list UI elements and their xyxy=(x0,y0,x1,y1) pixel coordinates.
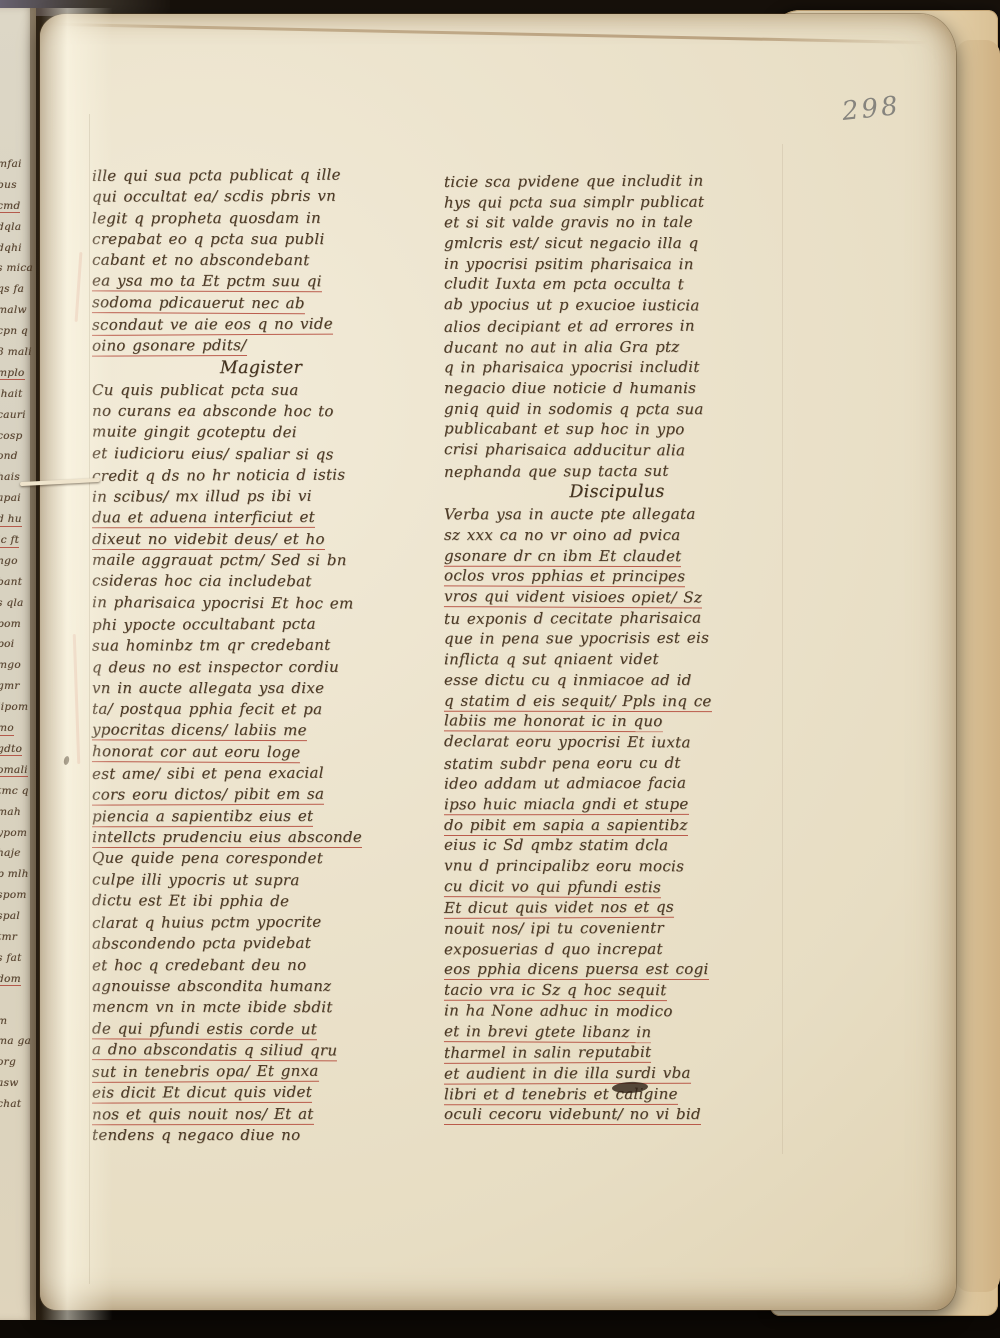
line-text: sut in tenebris opa/ Et gnxa xyxy=(92,1062,319,1083)
manuscript-line: ideo addam ut admiacoe facia xyxy=(444,774,790,796)
line-text: statim subdr pena eoru cu dt xyxy=(444,753,681,772)
fragment-text: s mica xyxy=(0,262,33,274)
fragment-text: ic ft xyxy=(0,534,19,548)
manuscript-line: sodoma pdicauerut nec ab xyxy=(92,293,430,316)
line-text: gsonare dr cn ibm Et claudet xyxy=(444,546,682,566)
fragment-text: lipom xyxy=(0,701,28,713)
manuscript-line: ab ypocius ut p exucioe iusticia xyxy=(444,295,790,317)
line-text: ticie sca pvidene que includit in xyxy=(444,172,704,191)
facing-page-text-fragment: lipom xyxy=(0,701,36,722)
line-text: nouit nos/ ipi tu covenientr xyxy=(444,919,664,938)
line-text: ille qui sua pcta publicat q ille xyxy=(92,166,341,185)
fragment-text: dom xyxy=(0,973,21,987)
manuscript-line: hys qui pcta sua simplr publicat xyxy=(444,192,790,214)
facing-page-text-fragment: omali xyxy=(0,764,36,785)
line-text: et hoc q credebant deu no xyxy=(92,956,306,974)
manuscript-line: Verba ysa in aucte pte allegata xyxy=(444,505,790,526)
manuscript-line: ille qui sua pcta publicat q ille xyxy=(92,165,430,188)
facing-page-text-fragment: mgo xyxy=(0,659,36,680)
manuscript-line: declarat eoru ypocrisi Et iuxta xyxy=(444,732,790,754)
facing-page-text-fragment: chat xyxy=(0,1098,36,1119)
line-text: eius ic Sd qmbz statim dcla xyxy=(444,836,668,854)
manuscript-line: in scibus/ mx illud ps ibi vi xyxy=(92,487,430,509)
manuscript-line: ypocritas dicens/ labiis me xyxy=(92,721,430,743)
line-text: oclos vros pphias et principes xyxy=(444,567,685,588)
facing-page-text-fragment: gdto xyxy=(0,743,36,764)
line-text: ab ypocius ut p exucioe iusticia xyxy=(444,295,700,314)
line-text: in scibus/ mx illud ps ibi vi xyxy=(92,487,312,506)
manuscript-line: legit q propheta quosdam in xyxy=(92,208,430,230)
line-text: tharmel in salin reputabit xyxy=(444,1043,651,1064)
facing-page-text-fragment: cosp xyxy=(0,430,36,451)
manuscript-line: que in pena sue ypocrisis est eis xyxy=(444,629,790,651)
manuscript-line: ipso huic miacla gndi et stupe xyxy=(444,795,790,816)
manuscript-photo: mfaibuscmddqladqhis micaqs famalwcpn q3 … xyxy=(0,0,1000,1338)
fragment-text: s fat xyxy=(0,952,22,964)
line-text: maile aggrauat pctm/ Sed si bn xyxy=(92,551,347,569)
manuscript-line: negacio diue noticie d humanis xyxy=(444,379,790,400)
fragment-text: ngo xyxy=(0,555,18,567)
fragment-text: omali xyxy=(0,764,28,778)
manuscript-line: a dno abscondatis q siliud qru xyxy=(92,1040,430,1063)
manuscript-line: gniq quid in sodomis q pcta sua xyxy=(444,399,790,420)
facing-page-text-fragment: gmr xyxy=(0,680,36,701)
line-text: sodoma pdicauerut nec ab xyxy=(92,293,305,314)
manuscript-line: publicabant et sup hoc in ypo xyxy=(444,420,790,442)
margin-mark xyxy=(63,756,70,766)
facing-page-text-fragment: apai xyxy=(0,492,36,513)
line-text: tendens q negaco diue no xyxy=(92,1126,300,1144)
manuscript-line: cu dicit vo qui pfundi estis xyxy=(444,877,790,899)
fragment-text: mgo xyxy=(0,659,21,671)
fragment-text: ma ga xyxy=(0,1035,31,1047)
line-text: declarat eoru ypocrisi Et iuxta xyxy=(444,732,691,751)
facing-page-text-fragment: mfai xyxy=(0,158,36,179)
line-text: ta/ postqua pphia fecit et pa xyxy=(92,700,322,718)
line-text: que in pena sue ypocrisis est eis xyxy=(444,629,709,648)
column-heading: Magister xyxy=(92,357,430,381)
manuscript-line: in ypocrisi psitim pharisaica in xyxy=(444,254,790,275)
line-text: eos pphia dicens puersa est cogi xyxy=(444,960,709,980)
fragment-text: spal xyxy=(0,910,20,922)
manuscript-line: cludit Iuxta em pcta occulta t xyxy=(444,275,790,297)
manuscript-line: vnu d principalibz eoru mocis xyxy=(444,856,790,878)
column-heading: Discipulus xyxy=(444,482,790,506)
fragment-text: apai xyxy=(0,492,21,504)
fragment-text: gmr xyxy=(0,680,20,692)
manuscript-line: dictu est Et ibi pphia de xyxy=(92,891,430,914)
manuscript-line: q statim d eis sequit/ Ppls inq ce xyxy=(444,691,790,712)
manuscript-line: maile aggrauat pctm/ Sed si bn xyxy=(92,551,430,573)
manuscript-line: eius ic Sd qmbz statim dcla xyxy=(444,836,790,857)
line-text: sz xxx ca no vr oino ad pvica xyxy=(444,526,681,544)
fragment-text: tmr xyxy=(0,931,17,943)
line-text: tu exponis d cecitate pharisaica xyxy=(444,608,701,627)
line-text: q in pharisaica ypocrisi includit xyxy=(444,358,700,376)
line-text: hys qui pcta sua simplr publicat xyxy=(444,192,704,211)
line-text: cors eoru dictos/ pibit em sa xyxy=(92,785,324,806)
manuscript-line: gmlcris est/ sicut negacio illa q xyxy=(444,234,790,255)
manuscript-line: Que quide pena corespondet xyxy=(92,849,430,871)
manuscript-line: crisi pharisaica adducitur alia xyxy=(444,440,790,462)
manuscript-line: intellcts prudenciu eius absconde xyxy=(92,828,430,849)
line-text: crepabat eo q pcta sua publi xyxy=(92,230,325,248)
line-text: phi ypocte occultabant pcta xyxy=(92,615,316,634)
line-text: Que quide pena corespondet xyxy=(92,849,323,867)
line-text: intellcts prudenciu eius absconde xyxy=(92,828,362,848)
fragment-text: malw xyxy=(0,304,27,316)
line-text: et in brevi gtete libanz in xyxy=(444,1022,651,1043)
manuscript-line: clarat q huius pctm ypocrite xyxy=(92,912,430,935)
facing-page-text-fragment: mplo xyxy=(0,367,36,388)
line-text: vn in aucte allegata ysa dixe xyxy=(92,679,324,697)
ruling-line-left xyxy=(89,114,90,1284)
manuscript-line: ea ysa mo ta Et pctm suu qi xyxy=(92,272,430,294)
line-text: esse dictu cu q inmiacoe ad id xyxy=(444,671,692,689)
line-text: exposuerias d quo increpat xyxy=(444,940,663,958)
facing-page-text-fragment: malw xyxy=(0,304,36,325)
line-text: q statim d eis sequit/ Ppls inq ce xyxy=(444,691,712,711)
line-text: clarat q huius pctm ypocrite xyxy=(92,913,322,932)
facing-page-text-fragment: ma ga xyxy=(0,1035,36,1056)
fragment-text: p mlh xyxy=(0,868,29,880)
facing-page-text-fragment: s mica xyxy=(0,262,36,283)
facing-page-edge: mfaibuscmddqladqhis micaqs famalwcpn q3 … xyxy=(0,8,36,1320)
manuscript-line: q deus no est inspector cordiu xyxy=(92,657,430,679)
fragment-text: bant xyxy=(0,576,22,588)
line-text: oculi cecoru videbunt/ no vi bid xyxy=(444,1105,701,1125)
manuscript-line: in ha None adhuc in modico xyxy=(444,1001,790,1023)
line-text: dictu est Et ibi pphia de xyxy=(92,891,289,910)
facing-page-text-fragment: ngo xyxy=(0,555,36,576)
facing-page-text-fragment: spom xyxy=(0,889,36,910)
manuscript-line: Et dicut quis videt nos et qs xyxy=(444,897,790,919)
manuscript-line: et hoc q credebant deu no xyxy=(92,955,430,977)
manuscript-line: eos pphia dicens puersa est cogi xyxy=(444,960,790,981)
facing-page-text-fragment: org xyxy=(0,1056,36,1077)
fragment-text: 3 mali xyxy=(0,346,32,358)
line-text: no curans ea absconde hoc to xyxy=(92,402,334,420)
manuscript-line: do pibit em sapia a sapientibz xyxy=(444,816,790,837)
manuscript-line: sut in tenebris opa/ Et gnxa xyxy=(92,1061,430,1084)
fragment-text: asw xyxy=(0,1077,19,1089)
facing-page-text-fragment: ic ft xyxy=(0,534,36,555)
facing-page-text-fragment: cmd xyxy=(0,200,36,221)
manuscript-line: Cu quis publicat pcta sua xyxy=(92,381,430,402)
line-text: cu dicit vo qui pfundi estis xyxy=(444,877,661,898)
manuscript-line: et in brevi gtete libanz in xyxy=(444,1022,790,1044)
line-text: gmlcris est/ sicut negacio illa q xyxy=(444,234,698,252)
manuscript-line: tacio vra ic Sz q hoc sequit xyxy=(444,981,790,1002)
manuscript-line: inflicta q sut qniaent videt xyxy=(444,650,790,671)
manuscript-line: tendens q negaco diue no xyxy=(92,1126,430,1147)
manuscript-line: oino gsonare pdits/ xyxy=(92,336,430,358)
line-text: Discipulus xyxy=(569,482,664,502)
manuscript-line: cabant et no abscondebant xyxy=(92,251,430,273)
line-text: in ha None adhuc in modico xyxy=(444,1001,673,1020)
line-text: qui occultat ea/ scdis pbris vn xyxy=(92,187,336,206)
fragment-text: cmd xyxy=(0,200,20,214)
line-text: cludit Iuxta em pcta occulta t xyxy=(444,275,684,294)
line-text: in pharisaica ypocrisi Et hoc em xyxy=(92,593,354,612)
line-text: legit q propheta quosdam in xyxy=(92,208,321,226)
fragment-text: dqla xyxy=(0,221,21,233)
facing-page-text-fragment: s fat xyxy=(0,952,36,973)
line-text: q deus no est inspector cordiu xyxy=(92,657,339,675)
fragment-text: tmc q xyxy=(0,785,29,797)
facing-page-text-fragment: asw xyxy=(0,1077,36,1098)
facing-page-text-fragment: tmr xyxy=(0,931,36,952)
fragment-text: lhait xyxy=(0,388,22,400)
fragment-text: haje xyxy=(0,847,21,859)
manuscript-page: 298 ille qui sua pcta publicat q illequi… xyxy=(40,14,956,1310)
manuscript-line: et audient in die illa surdi vba xyxy=(444,1063,790,1085)
fragment-text: d hu xyxy=(0,513,22,527)
line-text: sua hominbz tm qr credebant xyxy=(92,636,331,655)
manuscript-line: vros qui vident visioes opiet/ Sz xyxy=(444,587,790,609)
manuscript-line: sz xxx ca no vr oino ad pvica xyxy=(444,526,790,547)
line-text: agnouisse abscondita humanz xyxy=(92,977,331,995)
line-text: oino gsonare pdits/ xyxy=(92,336,247,357)
facing-page-text-fragment: spal xyxy=(0,910,36,931)
facing-page-text-fragment: p mlh xyxy=(0,868,36,889)
fragment-text: ypom xyxy=(0,827,27,839)
line-text: dua et aduena interficiut et xyxy=(92,508,315,528)
line-text: est ame/ sibi et pena exacial xyxy=(92,764,324,783)
manuscript-line: exposuerias d quo increpat xyxy=(444,939,790,960)
fragment-text: cpn q xyxy=(0,325,28,337)
manuscript-line: nephanda que sup tacta sut xyxy=(444,461,790,483)
line-text: tacio vra ic Sz q hoc sequit xyxy=(444,981,667,1001)
facing-page-text-fragment: mo xyxy=(0,722,36,743)
manuscript-line: nos et quis nouit nos/ Et at xyxy=(92,1104,430,1126)
manuscript-line: culpe illi ypocris ut supra xyxy=(92,870,430,892)
facing-page-text-fragment: ypom xyxy=(0,827,36,848)
fragment-text: spom xyxy=(0,889,27,901)
manuscript-line: ducant no aut in alia Gra ptz xyxy=(444,337,790,359)
facing-page-text-fragment: d hu xyxy=(0,513,36,534)
line-text: vros qui vident visioes opiet/ Sz xyxy=(444,587,702,608)
facing-page-text-fragment: bant xyxy=(0,576,36,597)
manuscript-line: statim subdr pena eoru cu dt xyxy=(444,753,790,775)
line-text: vnu d principalibz eoru mocis xyxy=(444,856,684,875)
fragment-text: s qla xyxy=(0,597,24,609)
fragment-text: gdto xyxy=(0,743,22,757)
facing-page-text-fragment: ond xyxy=(0,450,36,471)
line-text: inflicta q sut qniaent videt xyxy=(444,650,659,668)
facing-page-text-fragment: tmc q xyxy=(0,785,36,806)
manuscript-line: labiis me honorat ic in quo xyxy=(444,712,790,734)
line-text: a dno abscondatis q siliud qru xyxy=(92,1040,337,1061)
line-text: crisi pharisaica adducitur alia xyxy=(444,440,685,459)
manuscript-line: credit q ds no hr noticia d istis xyxy=(92,465,430,488)
line-text: cabant et no abscondebant xyxy=(92,251,310,269)
fragment-text: mplo xyxy=(0,367,25,381)
facing-page-text-fragment: qs fa xyxy=(0,283,36,304)
line-text: alios decipiant et ad errores in xyxy=(444,316,695,335)
red-ink-smudge xyxy=(75,252,83,322)
facing-page-text-fragment: haje xyxy=(0,847,36,868)
manuscript-line: no curans ea absconde hoc to xyxy=(92,402,430,424)
fragment-text: org xyxy=(0,1056,16,1068)
facing-page-text-fragment: poi xyxy=(0,638,36,659)
line-text: honorat cor aut eoru loge xyxy=(92,742,300,763)
manuscript-line: csideras hoc cia includebat xyxy=(92,572,430,594)
line-text: negacio diue noticie d humanis xyxy=(444,379,696,397)
fragment-text: mah xyxy=(0,806,21,818)
line-text: csideras hoc cia includebat xyxy=(92,572,312,591)
manuscript-line: mencm vn in mcte ibide sbdit xyxy=(92,998,430,1020)
line-text: et si sit valde gravis no in tale xyxy=(444,213,693,231)
manuscript-line: dua et aduena interficiut et xyxy=(92,508,430,530)
line-text: labiis me honorat ic in quo xyxy=(444,712,663,733)
line-text: et audient in die illa surdi vba xyxy=(444,1064,691,1085)
facing-page-text-fragment: dqla xyxy=(0,221,36,242)
line-text: mencm vn in mcte ibide sbdit xyxy=(92,998,333,1016)
line-text: credit q ds no hr noticia d istis xyxy=(92,465,345,484)
manuscript-line: abscondendo pcta pvidebat xyxy=(92,934,430,956)
line-text: abscondendo pcta pvidebat xyxy=(92,934,311,953)
line-text: ypocritas dicens/ labiis me xyxy=(92,721,307,742)
fragment-text: dqhi xyxy=(0,242,22,254)
manuscript-line: qui occultat ea/ scdis pbris vn xyxy=(92,187,430,209)
facing-page-text-fragment: 3 mali xyxy=(0,346,36,367)
manuscript-line: gsonare dr cn ibm Et claudet xyxy=(444,546,790,567)
under-page-top-edge xyxy=(54,23,928,44)
facing-page-text-fragment xyxy=(0,994,36,1015)
fragment-text: qs fa xyxy=(0,283,24,295)
line-text: Cu quis publicat pcta sua xyxy=(92,381,299,399)
manuscript-line: crepabat eo q pcta sua publi xyxy=(92,230,430,251)
red-ink-smudge xyxy=(73,634,81,764)
manuscript-line: oculi cecoru videbunt/ no vi bid xyxy=(444,1105,790,1126)
fragment-text: mo xyxy=(0,722,14,736)
manuscript-line: piencia a sapientibz eius et xyxy=(92,806,430,828)
manuscript-line: honorat cor aut eoru loge xyxy=(92,742,430,765)
manuscript-line: ta/ postqua pphia fecit et pa xyxy=(92,700,430,722)
manuscript-line: in pharisaica ypocrisi Et hoc em xyxy=(92,593,430,616)
fragment-text: ond xyxy=(0,450,18,462)
facing-page-text-fragment: lhait xyxy=(0,388,36,409)
manuscript-line: vn in aucte allegata ysa dixe xyxy=(92,679,430,700)
line-text: do pibit em sapia a sapientibz xyxy=(444,816,688,836)
fragment-text: hais xyxy=(0,471,20,483)
facing-page-text-fragment: mah xyxy=(0,806,36,827)
line-text: ea ysa mo ta Et pctm suu qi xyxy=(92,272,322,293)
fragment-text: cauri xyxy=(0,409,26,421)
facing-page-text-fragment: dqhi xyxy=(0,242,36,263)
manuscript-line: tu exponis d cecitate pharisaica xyxy=(444,608,790,630)
manuscript-line: et si sit valde gravis no in tale xyxy=(444,213,790,234)
manuscript-line: sua hominbz tm qr credebant xyxy=(92,636,430,658)
manuscript-line: q in pharisaica ypocrisi includit xyxy=(444,358,790,379)
facing-page-text-fragment: s qla xyxy=(0,597,36,618)
folio-number: 298 xyxy=(841,91,902,127)
under-page-fore-edge xyxy=(956,40,1000,1292)
line-text: publicabant et sup hoc in ypo xyxy=(444,420,685,439)
line-text: eis dicit Et dicut quis videt xyxy=(92,1083,312,1104)
manuscript-line: scondaut ve aie eos q no vide xyxy=(92,314,430,337)
line-text: ducant no aut in alia Gra ptz xyxy=(444,337,680,356)
manuscript-line: ticie sca pvidene que includit in xyxy=(444,171,790,193)
manuscript-line: cors eoru dictos/ pibit em sa xyxy=(92,785,430,807)
facing-page-text-fragment: dom xyxy=(0,973,36,994)
line-text: Magister xyxy=(220,358,302,378)
manuscript-line: esse dictu cu q inmiacoe ad id xyxy=(444,671,790,692)
manuscript-line: phi ypocte occultabant pcta xyxy=(92,614,430,637)
line-text: scondaut ve aie eos q no vide xyxy=(92,315,333,336)
line-text: piencia a sapientibz eius et xyxy=(92,807,313,827)
facing-page-text-fragment: cauri xyxy=(0,409,36,430)
fragment-text: bus xyxy=(0,179,17,191)
manuscript-line: nouit nos/ ipi tu covenientr xyxy=(444,918,790,940)
line-text: nephanda que sup tacta sut xyxy=(444,461,669,480)
facing-page-text-fragment: cpn q xyxy=(0,325,36,346)
manuscript-line: de qui pfundi estis corde ut xyxy=(92,1019,430,1041)
line-text: Verba ysa in aucte pte allegata xyxy=(444,505,696,523)
text-column-left: ille qui sua pcta publicat q illequi occ… xyxy=(92,166,430,1147)
text-column-right: ticie sca pvidene que includit inhys qui… xyxy=(444,172,790,1126)
manuscript-line: tharmel in salin reputabit xyxy=(444,1042,790,1064)
fragment-text: m xyxy=(0,1015,7,1027)
manuscript-line: alios decipiant et ad errores in xyxy=(444,316,790,338)
line-text: ideo addam ut admiacoe facia xyxy=(444,774,686,793)
line-text: et iudicioru eius/ spaliar si qs xyxy=(92,444,334,463)
fragment-text: mfai xyxy=(0,158,22,170)
manuscript-line: dixeut no videbit deus/ et ho xyxy=(92,530,430,551)
line-text: in ypocrisi psitim pharisaica in xyxy=(444,254,694,272)
line-text: muite gingit gcoteptu dei xyxy=(92,423,297,442)
fragment-text: pom xyxy=(0,618,21,630)
line-text: de qui pfundi estis corde ut xyxy=(92,1019,317,1040)
fragment-text: poi xyxy=(0,638,14,650)
facing-page-text-fragment: m xyxy=(0,1015,36,1036)
facing-page-text-fragment: pom xyxy=(0,618,36,639)
line-text: dixeut no videbit deus/ et ho xyxy=(92,530,325,550)
line-text: culpe illi ypocris ut supra xyxy=(92,870,300,889)
line-text: ipso huic miacla gndi et stupe xyxy=(444,795,689,815)
facing-page-text-fragment: bus xyxy=(0,179,36,200)
manuscript-line: agnouisse abscondita humanz xyxy=(92,977,430,998)
fragment-text: cosp xyxy=(0,430,23,442)
line-text: nos et quis nouit nos/ Et at xyxy=(92,1105,314,1125)
manuscript-line: eis dicit Et dicut quis videt xyxy=(92,1083,430,1105)
line-text: gniq quid in sodomis q pcta sua xyxy=(444,399,704,417)
fragment-text: chat xyxy=(0,1098,21,1110)
manuscript-line: est ame/ sibi et pena exacial xyxy=(92,763,430,786)
manuscript-line: muite gingit gcoteptu dei xyxy=(92,423,430,445)
manuscript-line: oclos vros pphias et principes xyxy=(444,567,790,589)
line-text: Et dicut quis videt nos et qs xyxy=(444,898,674,919)
manuscript-line: et iudicioru eius/ spaliar si qs xyxy=(92,444,430,467)
